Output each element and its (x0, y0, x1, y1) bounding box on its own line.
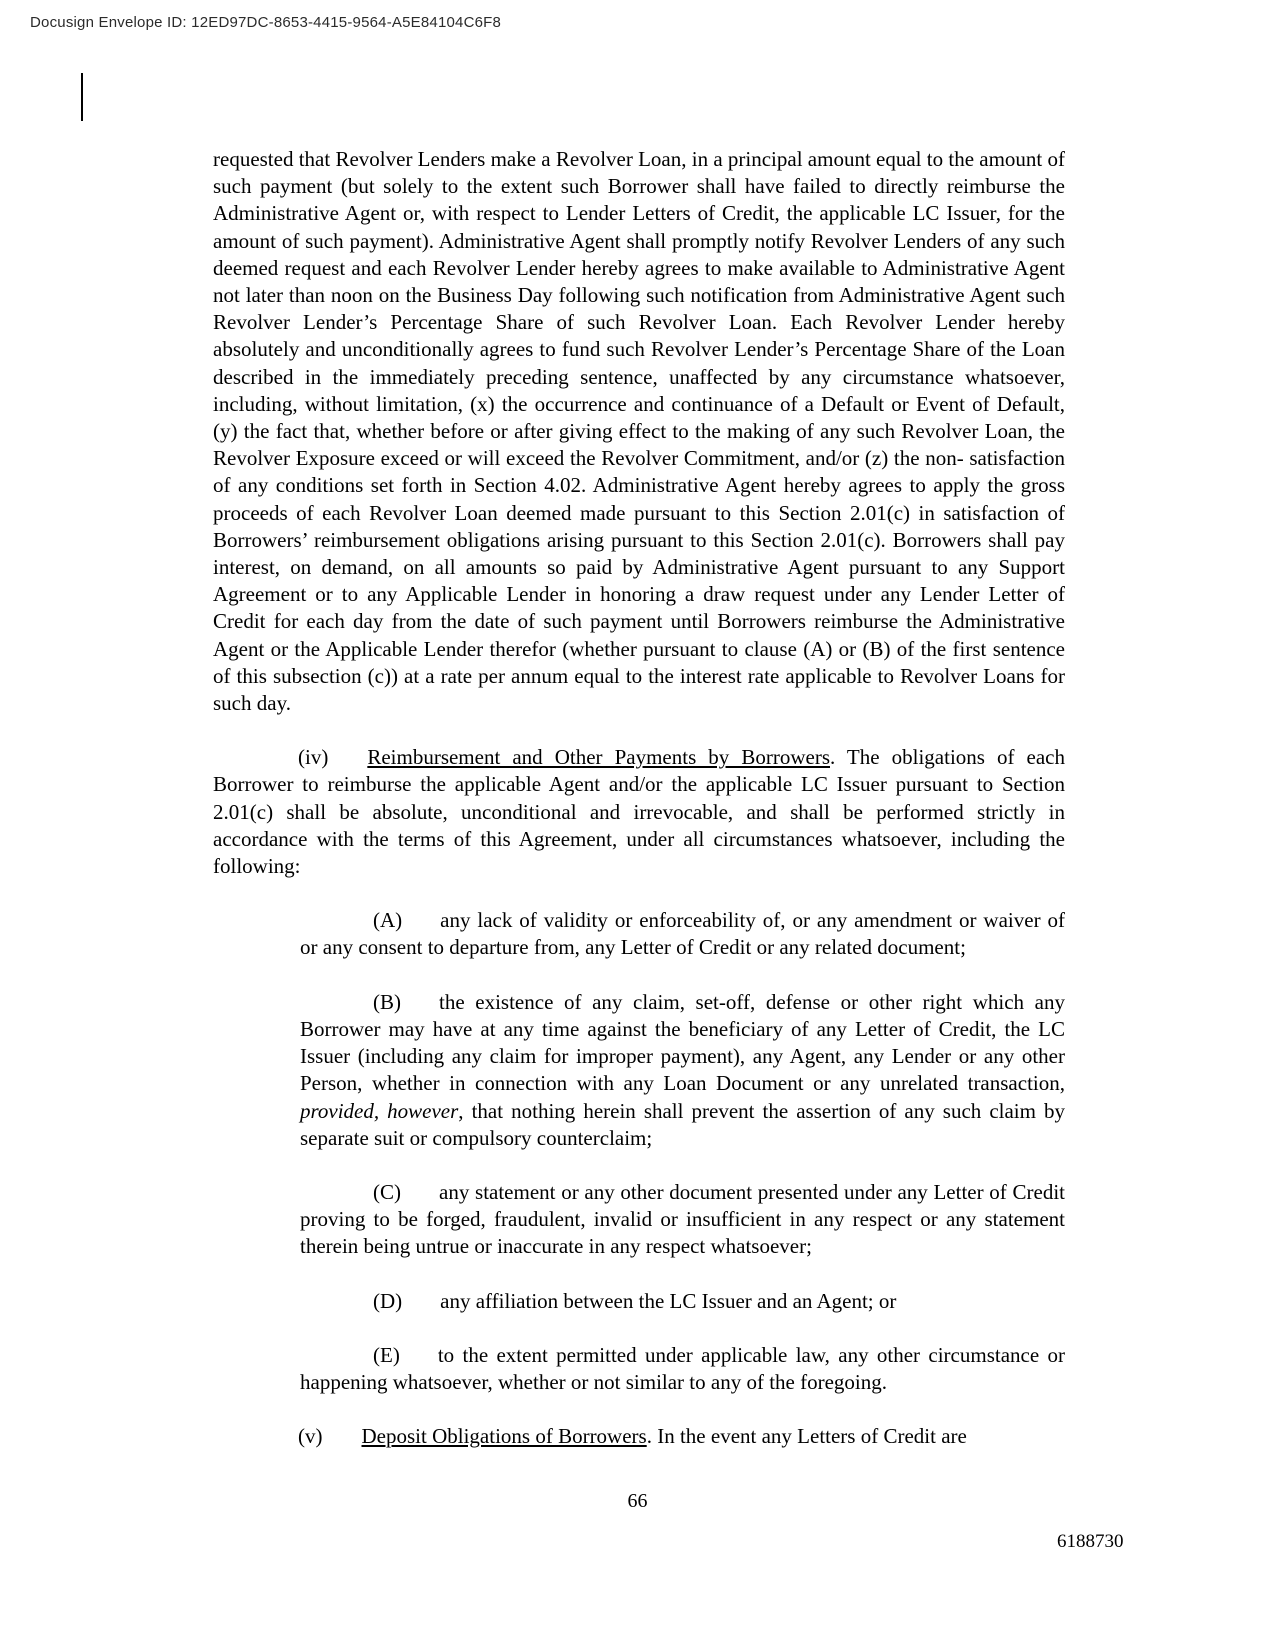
section-v-label: (v) (298, 1424, 323, 1448)
subitem-a-paragraph: (A)any lack of validity or enforceabilit… (300, 907, 1065, 961)
document-content: requested that Revolver Lenders make a R… (213, 146, 1065, 1450)
continuation-paragraph: requested that Revolver Lenders make a R… (213, 146, 1065, 717)
subitem-c-text: any statement or any other document pres… (300, 1180, 1065, 1258)
subitem-e-paragraph: (E)to the extent permitted under applica… (300, 1342, 1065, 1396)
subitem-b-italic-text: provided, however (300, 1099, 458, 1123)
subitem-a-text: any lack of validity or enforceability o… (300, 908, 1065, 959)
subitem-c-paragraph: (C)any statement or any other document p… (300, 1179, 1065, 1261)
subitem-b-label: (B) (373, 990, 401, 1014)
subitem-d-text: any affiliation between the LC Issuer an… (440, 1289, 896, 1313)
docusign-envelope-id-label: Docusign Envelope ID: 12ED97DC-8653-4415… (30, 14, 501, 31)
subitem-b-text: the existence of any claim, set-off, def… (300, 990, 1065, 1096)
subitem-c-label: (C) (373, 1180, 401, 1204)
subitem-e-label: (E) (373, 1343, 400, 1367)
section-iv-paragraph: (iv)Reimbursement and Other Payments by … (213, 744, 1065, 880)
subitem-a-label: (A) (373, 908, 402, 932)
margin-change-bar (81, 73, 83, 121)
section-iv-label: (iv) (298, 745, 328, 769)
subitem-b-paragraph: (B)the existence of any claim, set-off, … (300, 989, 1065, 1152)
section-iv-heading: Reimbursement and Other Payments by Borr… (367, 745, 830, 769)
subitem-e-text: to the extent permitted under applicable… (300, 1343, 1065, 1394)
document-number: 6188730 (1057, 1531, 1124, 1553)
section-v-text: . In the event any Letters of Credit are (647, 1424, 967, 1448)
page-number: 66 (0, 1490, 1275, 1513)
subitem-d-paragraph: (D)any affiliation between the LC Issuer… (300, 1288, 1065, 1315)
subitem-d-label: (D) (373, 1289, 402, 1313)
section-v-heading: Deposit Obligations of Borrowers (362, 1424, 647, 1448)
section-v-paragraph: (v)Deposit Obligations of Borrowers. In … (213, 1423, 1065, 1450)
